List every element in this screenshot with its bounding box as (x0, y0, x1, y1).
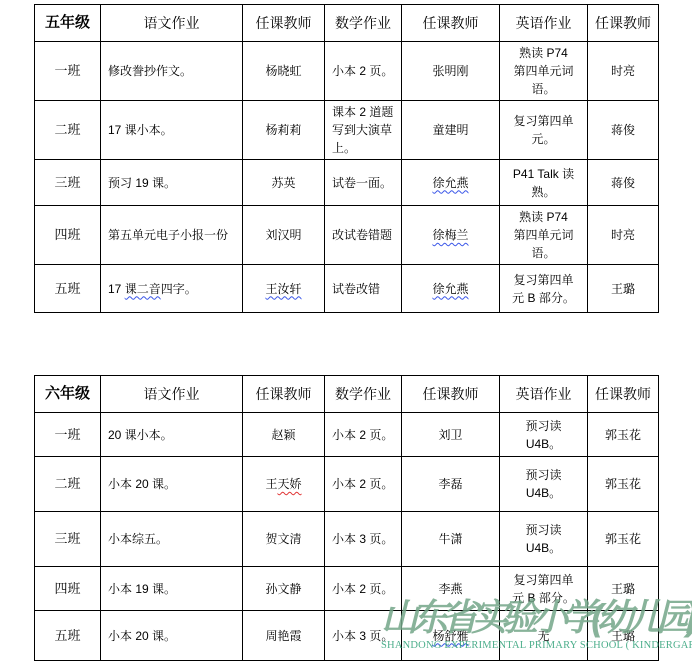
table-row: 四班 第五单元电子小报一份 刘汉明 改试卷错题 徐梅兰 熟读 P74 第四单元词… (35, 206, 659, 265)
column-header-math-homework: 数学作业 (325, 376, 402, 413)
table-row: 三班 小本综五。 贺文清 小本 3 页。 牛潇 预习读 U4B。 郭玉花 (35, 512, 659, 567)
class-cell: 四班 (35, 567, 101, 611)
math-homework-cell: 小本 3 页。 (325, 512, 402, 567)
class-cell: 五班 (35, 265, 101, 313)
column-header-english-homework: 英语作业 (500, 5, 588, 42)
class-cell: 三班 (35, 160, 101, 206)
chinese-homework-cell: 17 课二音四字。 (101, 265, 243, 313)
table-row: 二班 小本 20 课。 王天娇 小本 2 页。 李磊 预习读 U4B。 郭玉花 (35, 457, 659, 512)
grade-header: 六年级 (35, 376, 101, 413)
class-cell: 五班 (35, 611, 101, 661)
table-row: 五班 17 课二音四字。 王汝轩 试卷改错 徐允燕 复习第四单元 B 部分。 王… (35, 265, 659, 313)
math-teacher-cell: 徐梅兰 (402, 206, 500, 265)
english-homework-cell: 预习读 U4B。 (500, 413, 588, 457)
class-cell: 三班 (35, 512, 101, 567)
english-teacher-cell: 蒋俊 (588, 160, 659, 206)
grade5-homework-table: 五年级 语文作业 任课教师 数学作业 任课教师 英语作业 任课教师 一班 修改誊… (34, 4, 659, 313)
chinese-homework-cell: 小本 20 课。 (101, 457, 243, 512)
grade6-homework-table: 六年级 语文作业 任课教师 数学作业 任课教师 英语作业 任课教师 一班 20 … (34, 375, 659, 661)
chinese-homework-cell: 小本 20 课。 (101, 611, 243, 661)
chinese-homework-cell: 小本综五。 (101, 512, 243, 567)
column-header-teacher: 任课教师 (402, 5, 500, 42)
math-homework-cell: 试卷一面。 (325, 160, 402, 206)
english-teacher-cell: 郭玉花 (588, 457, 659, 512)
math-homework-cell: 小本 2 页。 (325, 457, 402, 512)
english-homework-cell: 熟读 P74 第四单元词语。 (500, 42, 588, 101)
column-header-teacher: 任课教师 (588, 376, 659, 413)
table-row: 三班 预习 19 课。 苏英 试卷一面。 徐允燕 P41 Talk 读熟。 蒋俊 (35, 160, 659, 206)
page: { "tables": [ { "grade": "五年级", "headers… (0, 0, 692, 663)
class-cell: 二班 (35, 457, 101, 512)
math-teacher-cell: 牛潇 (402, 512, 500, 567)
table-row: 二班 17 课小本。 杨莉莉 课本 2 道题写到大演草上。 童建明 复习第四单元… (35, 101, 659, 160)
column-header-english-homework: 英语作业 (500, 376, 588, 413)
table-row: 一班 修改誊抄作文。 杨晓虹 小本 2 页。 张明刚 熟读 P74 第四单元词语… (35, 42, 659, 101)
class-cell: 一班 (35, 413, 101, 457)
english-teacher-cell: 王璐 (588, 567, 659, 611)
table-row: 四班 小本 19 课。 孙文静 小本 2 页。 李燕 复习第四单元 B 部分。 … (35, 567, 659, 611)
chinese-teacher-cell: 刘汉明 (243, 206, 325, 265)
chinese-teacher-cell: 赵颖 (243, 413, 325, 457)
table-row: 一班 20 课小本。 赵颖 小本 2 页。 刘卫 预习读 U4B。 郭玉花 (35, 413, 659, 457)
class-cell: 二班 (35, 101, 101, 160)
english-homework-cell: P41 Talk 读熟。 (500, 160, 588, 206)
math-homework-cell: 改试卷错题 (325, 206, 402, 265)
chinese-teacher-cell: 贺文清 (243, 512, 325, 567)
chinese-teacher-cell: 孙文静 (243, 567, 325, 611)
english-homework-cell: 复习第四单元 B 部分。 (500, 265, 588, 313)
math-teacher-cell: 刘卫 (402, 413, 500, 457)
chinese-teacher-cell: 杨莉莉 (243, 101, 325, 160)
english-teacher-cell: 王璐 (588, 611, 659, 661)
math-homework-cell: 试卷改错 (325, 265, 402, 313)
english-homework-cell: 复习第四单元。 (500, 101, 588, 160)
english-teacher-cell: 时亮 (588, 206, 659, 265)
chinese-teacher-cell: 王汝轩 (243, 265, 325, 313)
grade-header: 五年级 (35, 5, 101, 42)
column-header-math-homework: 数学作业 (325, 5, 402, 42)
chinese-homework-cell: 17 课小本。 (101, 101, 243, 160)
chinese-homework-cell: 修改誊抄作文。 (101, 42, 243, 101)
chinese-teacher-cell: 王天娇 (243, 457, 325, 512)
math-teacher-cell: 徐允燕 (402, 160, 500, 206)
column-header-teacher: 任课教师 (243, 5, 325, 42)
class-cell: 一班 (35, 42, 101, 101)
column-header-teacher: 任课教师 (243, 376, 325, 413)
english-homework-cell: 预习读 U4B。 (500, 512, 588, 567)
class-cell: 四班 (35, 206, 101, 265)
english-teacher-cell: 蒋俊 (588, 101, 659, 160)
math-homework-cell: 小本 2 页。 (325, 42, 402, 101)
chinese-teacher-cell: 苏英 (243, 160, 325, 206)
column-header-chinese-homework: 语文作业 (101, 5, 243, 42)
column-header-teacher: 任课教师 (588, 5, 659, 42)
math-homework-cell: 小本 3 页。 (325, 611, 402, 661)
math-teacher-cell: 童建明 (402, 101, 500, 160)
column-header-chinese-homework: 语文作业 (101, 376, 243, 413)
chinese-homework-cell: 第五单元电子小报一份 (101, 206, 243, 265)
english-homework-cell: 预习读 U4B。 (500, 457, 588, 512)
english-homework-cell: 复习第四单元 B 部分。 (500, 567, 588, 611)
math-teacher-cell: 杨舒雅 (402, 611, 500, 661)
english-teacher-cell: 郭玉花 (588, 512, 659, 567)
math-homework-cell: 小本 2 页。 (325, 413, 402, 457)
chinese-teacher-cell: 周艳霞 (243, 611, 325, 661)
english-teacher-cell: 王璐 (588, 265, 659, 313)
math-homework-cell: 小本 2 页。 (325, 567, 402, 611)
english-homework-cell: 无 (500, 611, 588, 661)
math-teacher-cell: 徐允燕 (402, 265, 500, 313)
english-homework-cell: 熟读 P74 第四单元词语。 (500, 206, 588, 265)
column-header-teacher: 任课教师 (402, 376, 500, 413)
header-row: 六年级 语文作业 任课教师 数学作业 任课教师 英语作业 任课教师 (35, 376, 659, 413)
math-teacher-cell: 李燕 (402, 567, 500, 611)
chinese-homework-cell: 小本 19 课。 (101, 567, 243, 611)
chinese-teacher-cell: 杨晓虹 (243, 42, 325, 101)
header-row: 五年级 语文作业 任课教师 数学作业 任课教师 英语作业 任课教师 (35, 5, 659, 42)
math-teacher-cell: 张明刚 (402, 42, 500, 101)
chinese-homework-cell: 20 课小本。 (101, 413, 243, 457)
english-teacher-cell: 郭玉花 (588, 413, 659, 457)
table-row: 五班 小本 20 课。 周艳霞 小本 3 页。 杨舒雅 无 王璐 (35, 611, 659, 661)
math-teacher-cell: 李磊 (402, 457, 500, 512)
math-homework-cell: 课本 2 道题写到大演草上。 (325, 101, 402, 160)
chinese-homework-cell: 预习 19 课。 (101, 160, 243, 206)
english-teacher-cell: 时亮 (588, 42, 659, 101)
